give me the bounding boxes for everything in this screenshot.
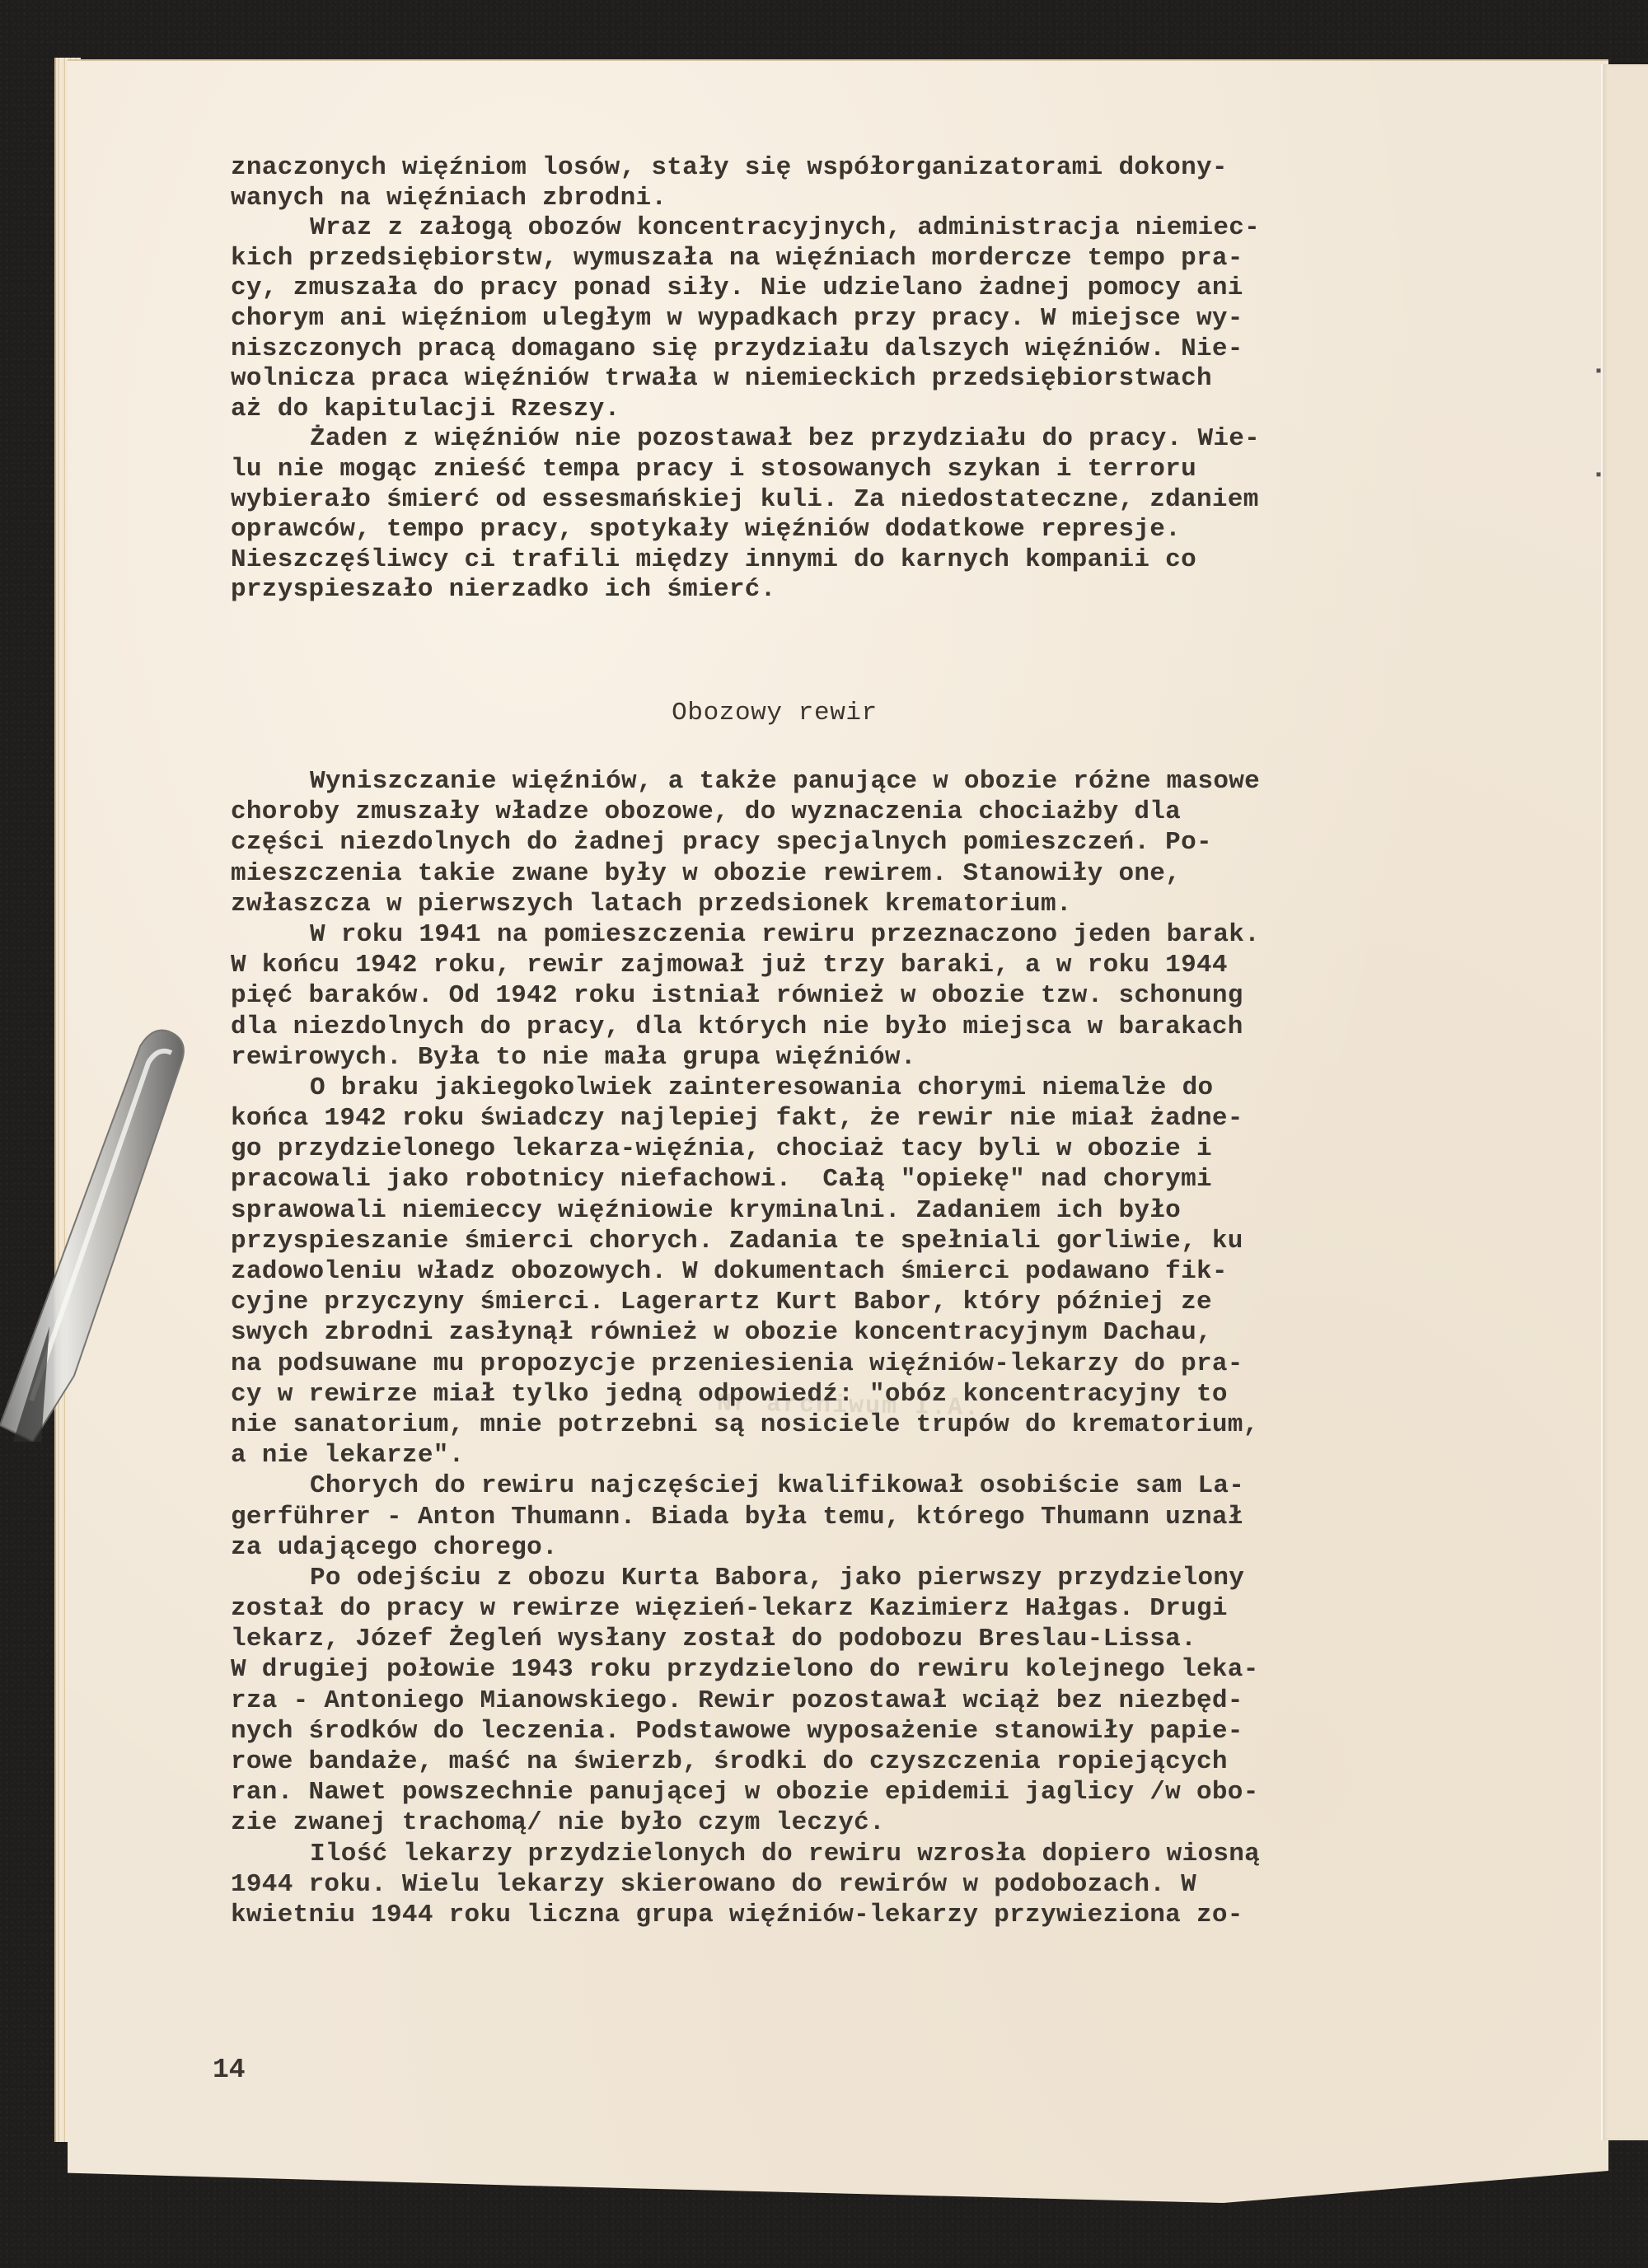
text-line: części niezdolnych do żadnej pracy specj… bbox=[231, 827, 1516, 858]
text-line: wybierało śmierć od essesmańskiej kuli. … bbox=[231, 485, 1516, 516]
text-line: O braku jakiegokolwiek zainteresowania c… bbox=[231, 1073, 1516, 1103]
text-line: lekarz, Józef Żegleń wysłany został do p… bbox=[231, 1624, 1516, 1654]
text-line: chorym ani więźniom uległym w wypadkach … bbox=[231, 304, 1516, 334]
text-line: zie zwanej trachomą/ nie było czym leczy… bbox=[231, 1807, 1516, 1838]
text-line: W drugiej połowie 1943 roku przydzielono… bbox=[231, 1654, 1516, 1685]
text-line: został do pracy w rewirze więzień-lekarz… bbox=[231, 1593, 1516, 1624]
text-line: mieszczenia takie zwane były w obozie re… bbox=[231, 858, 1516, 889]
text-line: wanych na więźniach zbrodni. bbox=[231, 184, 1516, 214]
body-text-block-1: znaczonych więźniom losów, stały się wsp… bbox=[231, 153, 1516, 606]
text-line: rza - Antoniego Mianowskiego. Rewir pozo… bbox=[231, 1686, 1516, 1716]
text-line: gerführer - Anton Thumann. Biada była te… bbox=[231, 1502, 1516, 1532]
text-line: nie sanatorium, mnie potrzebni są nosici… bbox=[231, 1410, 1516, 1440]
text-line: pracowali jako robotnicy niefachowi. Cał… bbox=[231, 1164, 1516, 1195]
text-line: przyspieszało nierzadko ich śmierć. bbox=[231, 575, 1516, 606]
text-line: znaczonych więźniom losów, stały się wsp… bbox=[231, 153, 1516, 184]
text-line: rowe bandaże, maść na świerzb, środki do… bbox=[231, 1747, 1516, 1777]
text-line: końca 1942 roku świadczy najlepiej fakt,… bbox=[231, 1103, 1516, 1134]
section-heading: Obozowy rewir bbox=[0, 699, 1648, 727]
text-line: 1944 roku. Wielu lekarzy skierowano do r… bbox=[231, 1869, 1516, 1900]
facing-page-edge bbox=[1601, 64, 1648, 2140]
text-line: Żaden z więźniów nie pozostawał bez przy… bbox=[231, 424, 1516, 455]
page-number: 14 bbox=[213, 2055, 246, 2085]
text-line: zadowoleniu władz obozowych. W dokumenta… bbox=[231, 1256, 1516, 1287]
text-line: kwietniu 1944 roku liczna grupa więźniów… bbox=[231, 1900, 1516, 1930]
text-line: rewirowych. Była to nie mała grupa więźn… bbox=[231, 1042, 1516, 1073]
text-line: Wyniszczanie więźniów, a także panujące … bbox=[231, 766, 1516, 797]
text-line: nych środków do leczenia. Podstawowe wyp… bbox=[231, 1716, 1516, 1747]
text-line: niszczonych pracą domagano się przydział… bbox=[231, 334, 1516, 365]
text-line: choroby zmuszały władze obozowe, do wyzn… bbox=[231, 797, 1516, 827]
text-line: go przydzielonego lekarza-więźnia, choci… bbox=[231, 1134, 1516, 1164]
text-line: pięć baraków. Od 1942 roku istniał równi… bbox=[231, 980, 1516, 1011]
text-line: lu nie mogąc znieść tempa pracy i stosow… bbox=[231, 455, 1516, 485]
text-line: Wraz z załogą obozów koncentracyjnych, a… bbox=[231, 213, 1516, 244]
text-line: cy, zmuszała do pracy ponad siły. Nie ud… bbox=[231, 274, 1516, 304]
text-line: Ilość lekarzy przydzielonych do rewiru w… bbox=[231, 1839, 1516, 1869]
text-line: W końcu 1942 roku, rewir zajmował już tr… bbox=[231, 950, 1516, 980]
text-line: kich przedsiębiorstw, wymuszała na więźn… bbox=[231, 244, 1516, 274]
text-line: przyspieszanie śmierci chorych. Zadania … bbox=[231, 1226, 1516, 1256]
text-line: Chorych do rewiru najczęściej kwalifikow… bbox=[231, 1471, 1516, 1501]
section-heading-text: Obozowy rewir bbox=[672, 699, 878, 727]
body-text-block-2: Wyniszczanie więźniów, a także panujące … bbox=[231, 766, 1516, 1930]
text-line: sprawowali niemieccy więźniowie kryminal… bbox=[231, 1195, 1516, 1226]
text-line: a nie lekarze". bbox=[231, 1440, 1516, 1471]
margin-mark: ▪ bbox=[1594, 466, 1604, 485]
text-line: ran. Nawet powszechnie panującej w obozi… bbox=[231, 1777, 1516, 1807]
text-line: na podsuwane mu propozycje przeniesienia… bbox=[231, 1349, 1516, 1379]
text-line: swych zbrodni zasłynął również w obozie … bbox=[231, 1317, 1516, 1348]
text-line: cyjne przyczyny śmierci. Lagerartz Kurt … bbox=[231, 1287, 1516, 1317]
margin-mark: ▪ bbox=[1594, 362, 1604, 381]
text-line: oprawców, tempo pracy, spotykały więźnió… bbox=[231, 515, 1516, 545]
text-line: cy w rewirze miał tylko jedną odpowiedź:… bbox=[231, 1379, 1516, 1410]
text-line: wolnicza praca więźniów trwała w niemiec… bbox=[231, 364, 1516, 395]
text-line: za udającego chorego. bbox=[231, 1532, 1516, 1563]
text-line: Nieszczęśliwcy ci trafili między innymi … bbox=[231, 545, 1516, 576]
text-line: aż do kapitulacji Rzeszy. bbox=[231, 395, 1516, 425]
text-line: dla niezdolnych do pracy, dla których ni… bbox=[231, 1012, 1516, 1042]
text-line: W roku 1941 na pomieszczenia rewiru prze… bbox=[231, 919, 1516, 950]
text-line: zwłaszcza w pierwszych latach przedsione… bbox=[231, 889, 1516, 919]
text-line: Po odejściu z obozu Kurta Babora, jako p… bbox=[231, 1563, 1516, 1593]
